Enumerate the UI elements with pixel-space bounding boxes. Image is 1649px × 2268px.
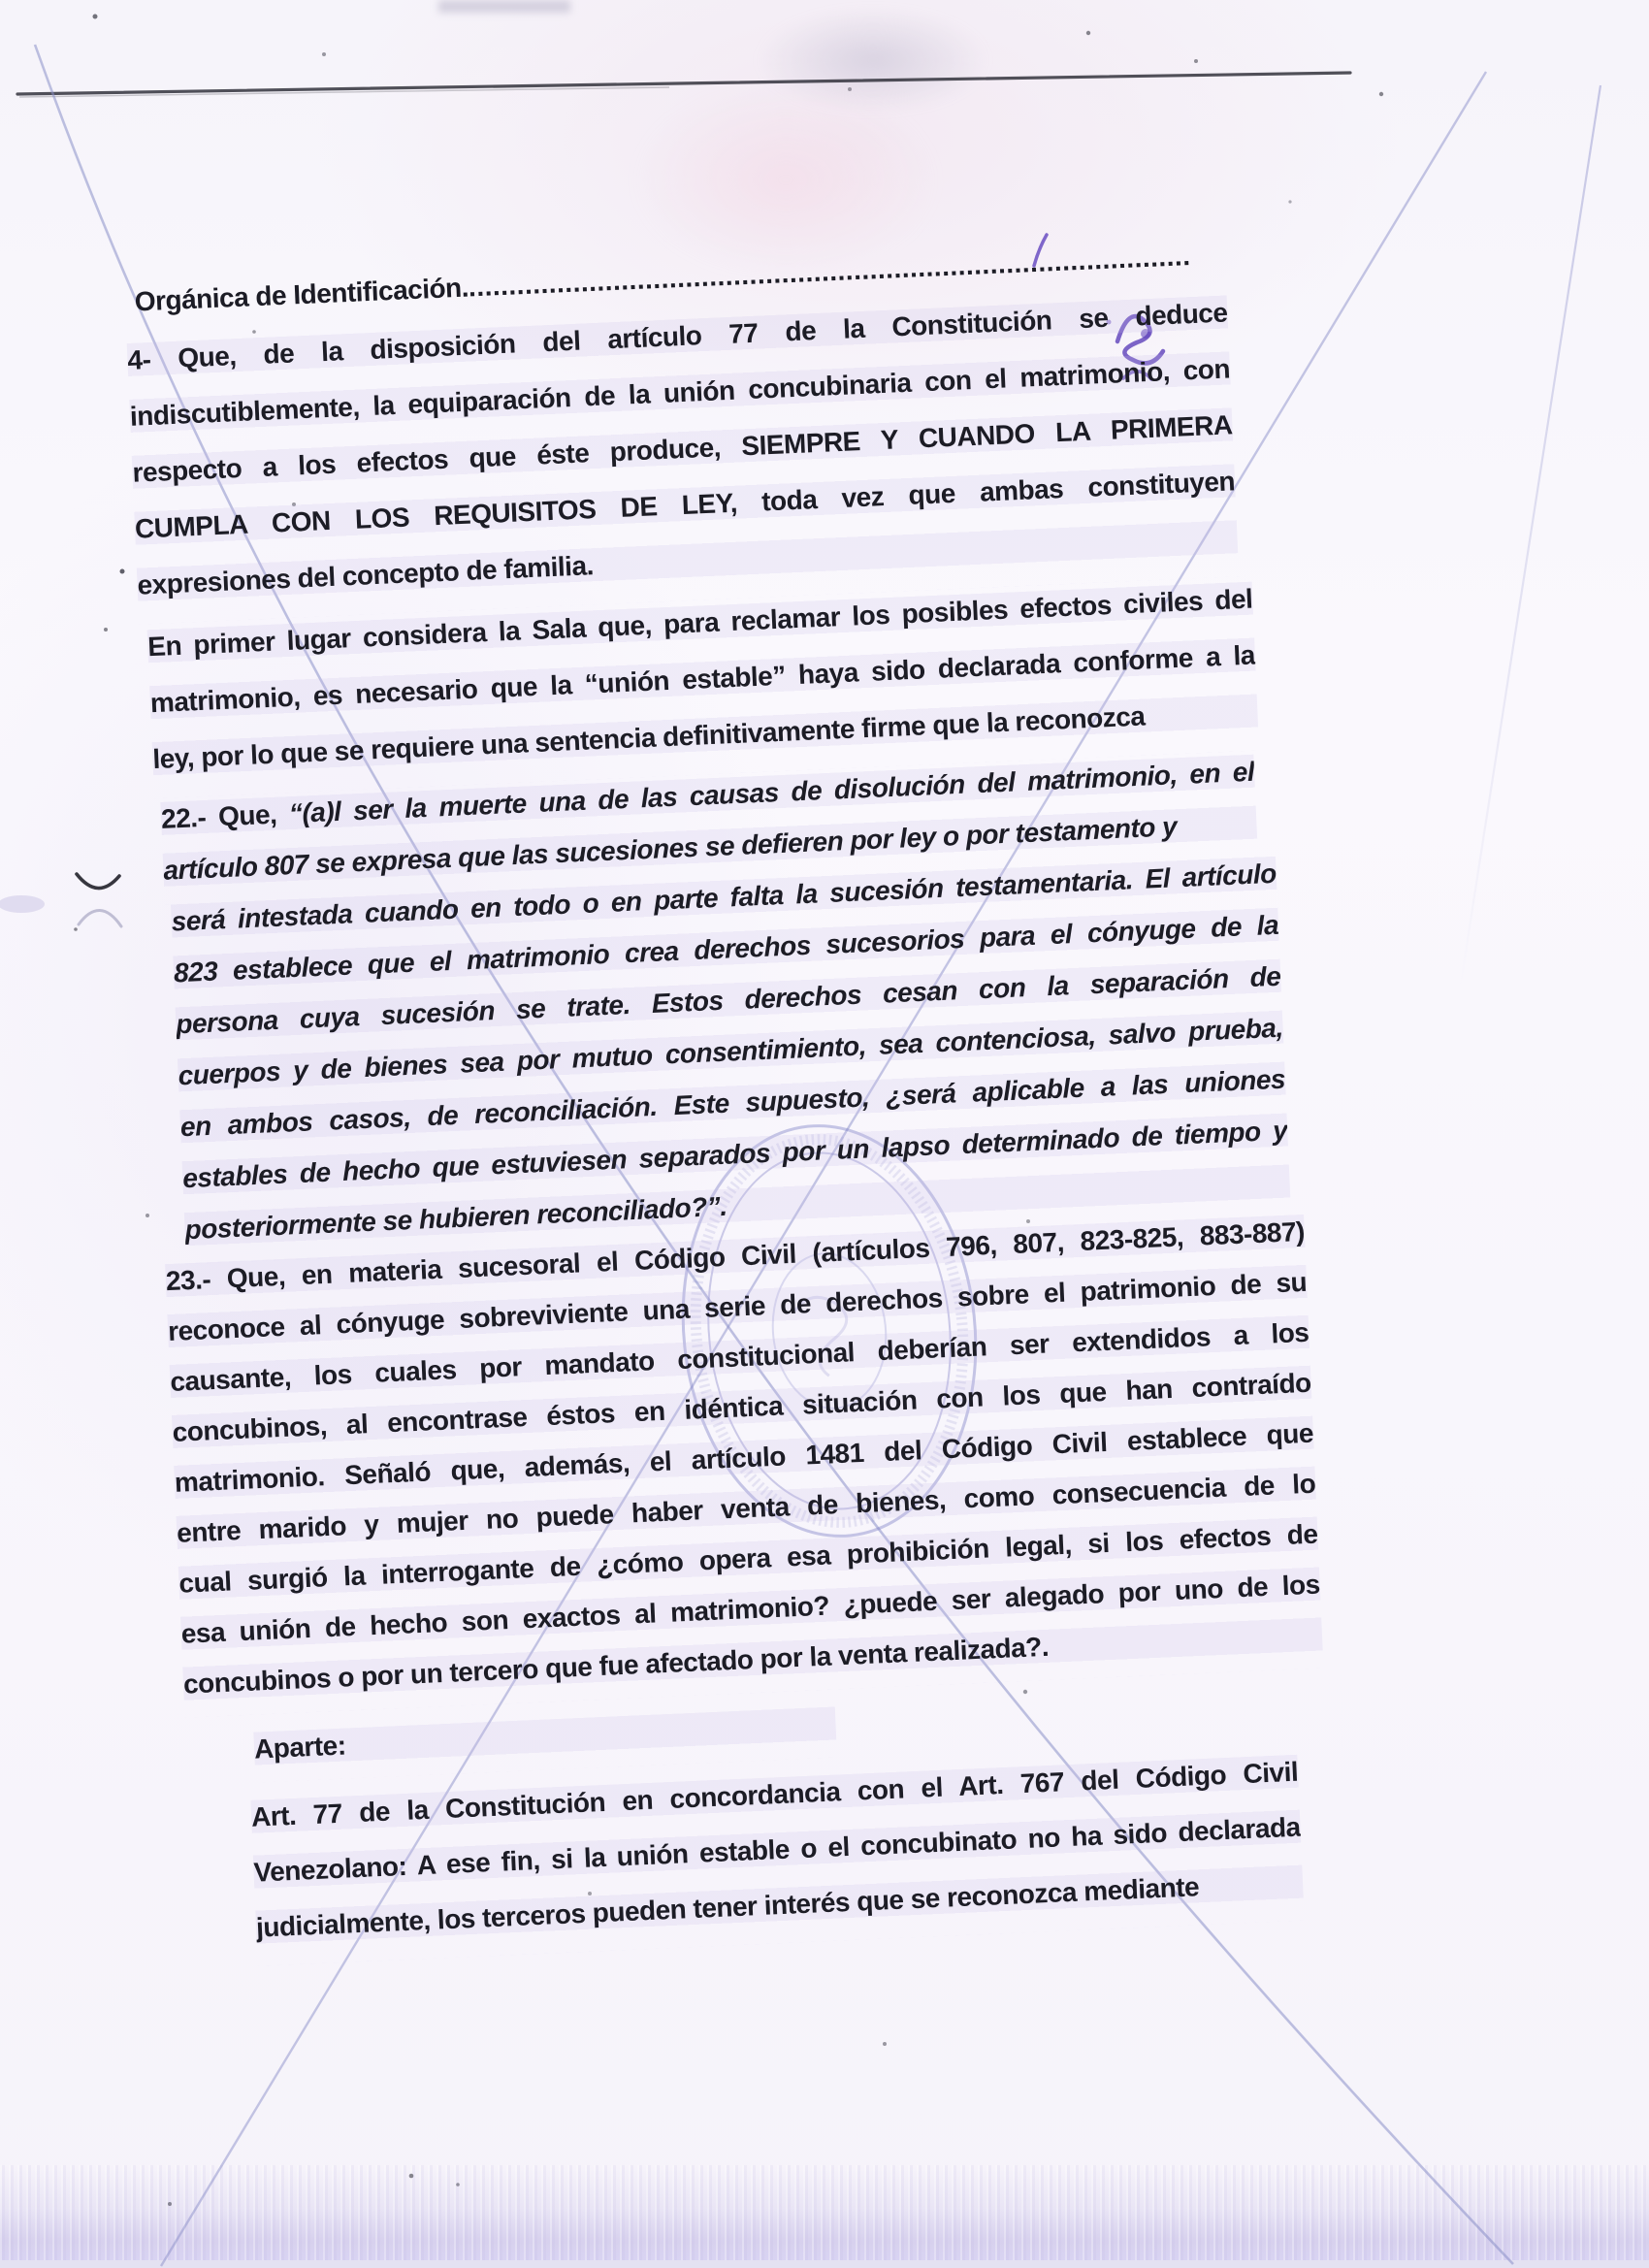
paragraph-quote: será intestada cuando en todo o en parte… xyxy=(171,857,1291,1264)
paragraph-p4: 4- Que, de la disposición del artículo 7… xyxy=(127,295,1240,624)
text-segment: Aparte: xyxy=(253,1730,346,1764)
scanned-document-page: Orgánica de Identificación..............… xyxy=(0,0,1649,2268)
edge-streak xyxy=(0,895,45,913)
paragraph-p23: 23.- Que, en materia sucesoral el Código… xyxy=(165,1215,1323,1718)
top-rule-line xyxy=(17,73,1350,94)
paragraph-art77: Art. 77 de la Constitución en concordanc… xyxy=(250,1755,1304,1966)
margin-pen-mark xyxy=(77,874,119,889)
document-text-column: Orgánica de Identificación..............… xyxy=(124,232,1373,2027)
paragraph-aparte: Aparte: xyxy=(253,1706,837,1782)
text-segment: 22.- Que, xyxy=(160,798,289,834)
text-line: Aparte: xyxy=(253,1706,837,1782)
margin-pen-mark-faint xyxy=(79,910,121,926)
page-edge-line xyxy=(1460,85,1600,989)
